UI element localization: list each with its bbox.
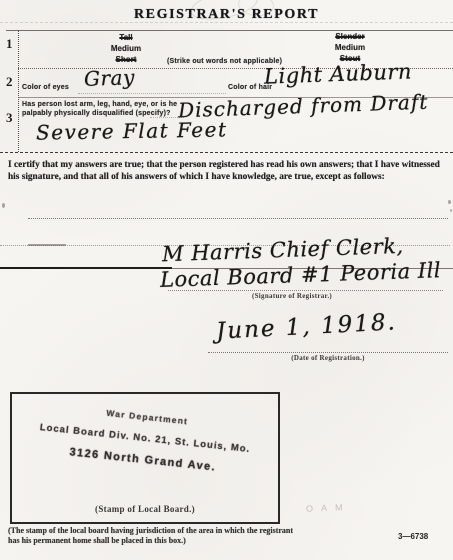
stamp-box: War Department Local Board Div. No. 21, … (10, 392, 280, 524)
form-number: 3—6738 (398, 532, 428, 541)
eyes-answer-rule (78, 93, 226, 94)
hair-value-handwriting: Light Auburn (264, 59, 413, 88)
option-short: Short (96, 54, 156, 65)
date-rule (208, 352, 448, 353)
option-medium-height: Medium (96, 43, 156, 54)
war-department-stamp: War Department Local Board Div. No. 21, … (18, 399, 272, 479)
signature-rule-heavy (0, 267, 172, 269)
scan-artifact-line (0, 22, 453, 23)
table-top-rule (6, 30, 453, 31)
option-slender: Slender (318, 31, 382, 42)
scan-speck (450, 209, 452, 212)
row3-number: 3 (6, 110, 13, 126)
stamp-box-caption: (Stamp of Local Board.) (12, 504, 278, 514)
scan-speck (448, 200, 451, 204)
row2-number: 2 (6, 74, 13, 90)
table-left-rule (18, 30, 19, 152)
row1-number: 1 (6, 36, 13, 52)
option-tall: Tall (96, 32, 156, 43)
signature-caption: (Signature of Registrar.) (212, 292, 372, 300)
registration-date-handwriting: June 1, 1918. (215, 309, 397, 344)
registrar-report-scan: REGISTRAR'S REPORT 1 2 3 Tall Medium Sho… (0, 0, 453, 560)
height-options: Tall Medium Short (96, 32, 156, 65)
option-medium-build: Medium (318, 42, 382, 53)
certification-text: I certify that my answers are true; that… (8, 160, 448, 183)
color-of-eyes-label: Color of eyes (22, 84, 69, 91)
scan-smudge-line (28, 244, 66, 246)
scan-speck (2, 203, 5, 208)
date-caption: (Date of Registration.) (258, 354, 398, 362)
build-options: Slender Medium Stout (318, 31, 382, 64)
signature-caption-rule (168, 290, 443, 291)
stamp-instruction-note: (The stamp of the local board having jur… (8, 526, 304, 545)
disqualification-answer-line2: Severe Flat Feet (36, 117, 228, 144)
pencil-mark: O A M (306, 502, 346, 513)
disqualification-question: Has person lost arm, leg, hand, eye, or … (22, 101, 184, 118)
eyes-value-handwriting: Gray (84, 65, 136, 91)
except-line-1 (28, 218, 448, 219)
page-title: REGISTRAR'S REPORT (0, 7, 453, 23)
table-bottom-rule (0, 152, 453, 153)
